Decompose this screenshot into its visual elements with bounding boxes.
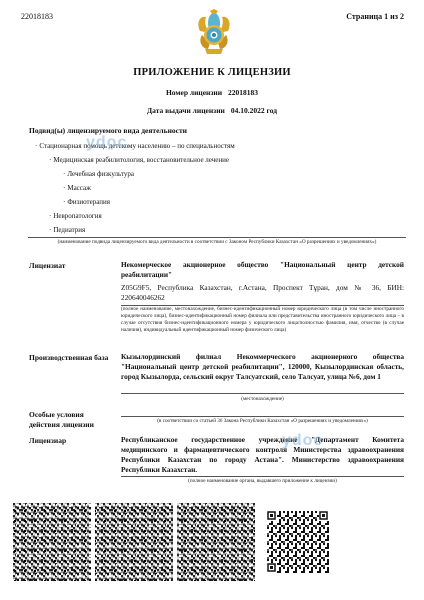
licensee-label: Лицензиат xyxy=(29,261,65,271)
qr-code xyxy=(267,511,329,573)
license-number-label: Номер лицензии xyxy=(166,88,222,97)
license-number-corner: 22018183 xyxy=(21,12,53,21)
data-matrix-codes xyxy=(13,503,257,583)
production-base-value: Кызылординский филиал Некоммерческого ак… xyxy=(121,352,404,382)
divider xyxy=(121,476,404,477)
divider xyxy=(121,393,404,394)
watermark: ydoc xyxy=(282,432,323,450)
state-emblem-icon xyxy=(194,9,234,57)
watermark: ydoc xyxy=(86,134,127,152)
subtype-item: ·Массаж xyxy=(63,184,91,192)
licensor-note: (полное наименование органа, выдавшего п… xyxy=(121,478,404,485)
subtype-item: ·Педиатрия xyxy=(49,226,85,234)
special-conditions-note: (в соответствии со статьей 36 Закона Рес… xyxy=(121,418,404,425)
divider xyxy=(121,416,404,417)
special-conditions-label: Особые условия действия лицензии xyxy=(29,410,94,430)
subtype-item: ·Невропатология xyxy=(49,212,102,220)
issue-date-row: Дата выдачи лицензии04.10.2022 год xyxy=(0,106,424,115)
license-number-row: Номер лицензии22018183 xyxy=(0,88,424,97)
license-number-value: 22018183 xyxy=(228,88,258,97)
licensor-label: Лицензиар xyxy=(29,436,66,446)
licensor-value: Республиканское государственное учрежден… xyxy=(121,435,404,475)
subtype-item: ·Стационарная помощь детскому населению … xyxy=(35,142,235,150)
production-base-note: (местонахождение) xyxy=(121,396,404,403)
licensee-name: Некомерческое акционерное общество "Наци… xyxy=(121,260,404,279)
production-base-label: Производственная база xyxy=(29,353,108,363)
licensee-address: Z05G9F5, Республика Казахстан, г.Астана,… xyxy=(121,283,404,302)
licensee-note: (полное наименование, местонахождение, б… xyxy=(121,306,404,334)
subtype-item: ·Медицинская реабилитология, восстановит… xyxy=(49,156,229,164)
subtype-item: ·Физиотерапия xyxy=(63,198,110,206)
issue-date-label: Дата выдачи лицензии xyxy=(147,106,225,115)
page-indicator: Страница 1 из 2 xyxy=(346,12,404,21)
subtypes-note: (наименование подвида лицензируемого вид… xyxy=(28,239,406,246)
document-title: ПРИЛОЖЕНИЕ К ЛИЦЕНЗИИ xyxy=(0,67,424,78)
subtype-item: ·Лечебная физкультура xyxy=(63,170,134,178)
issue-date-value: 04.10.2022 год xyxy=(231,106,277,115)
divider xyxy=(28,237,406,238)
